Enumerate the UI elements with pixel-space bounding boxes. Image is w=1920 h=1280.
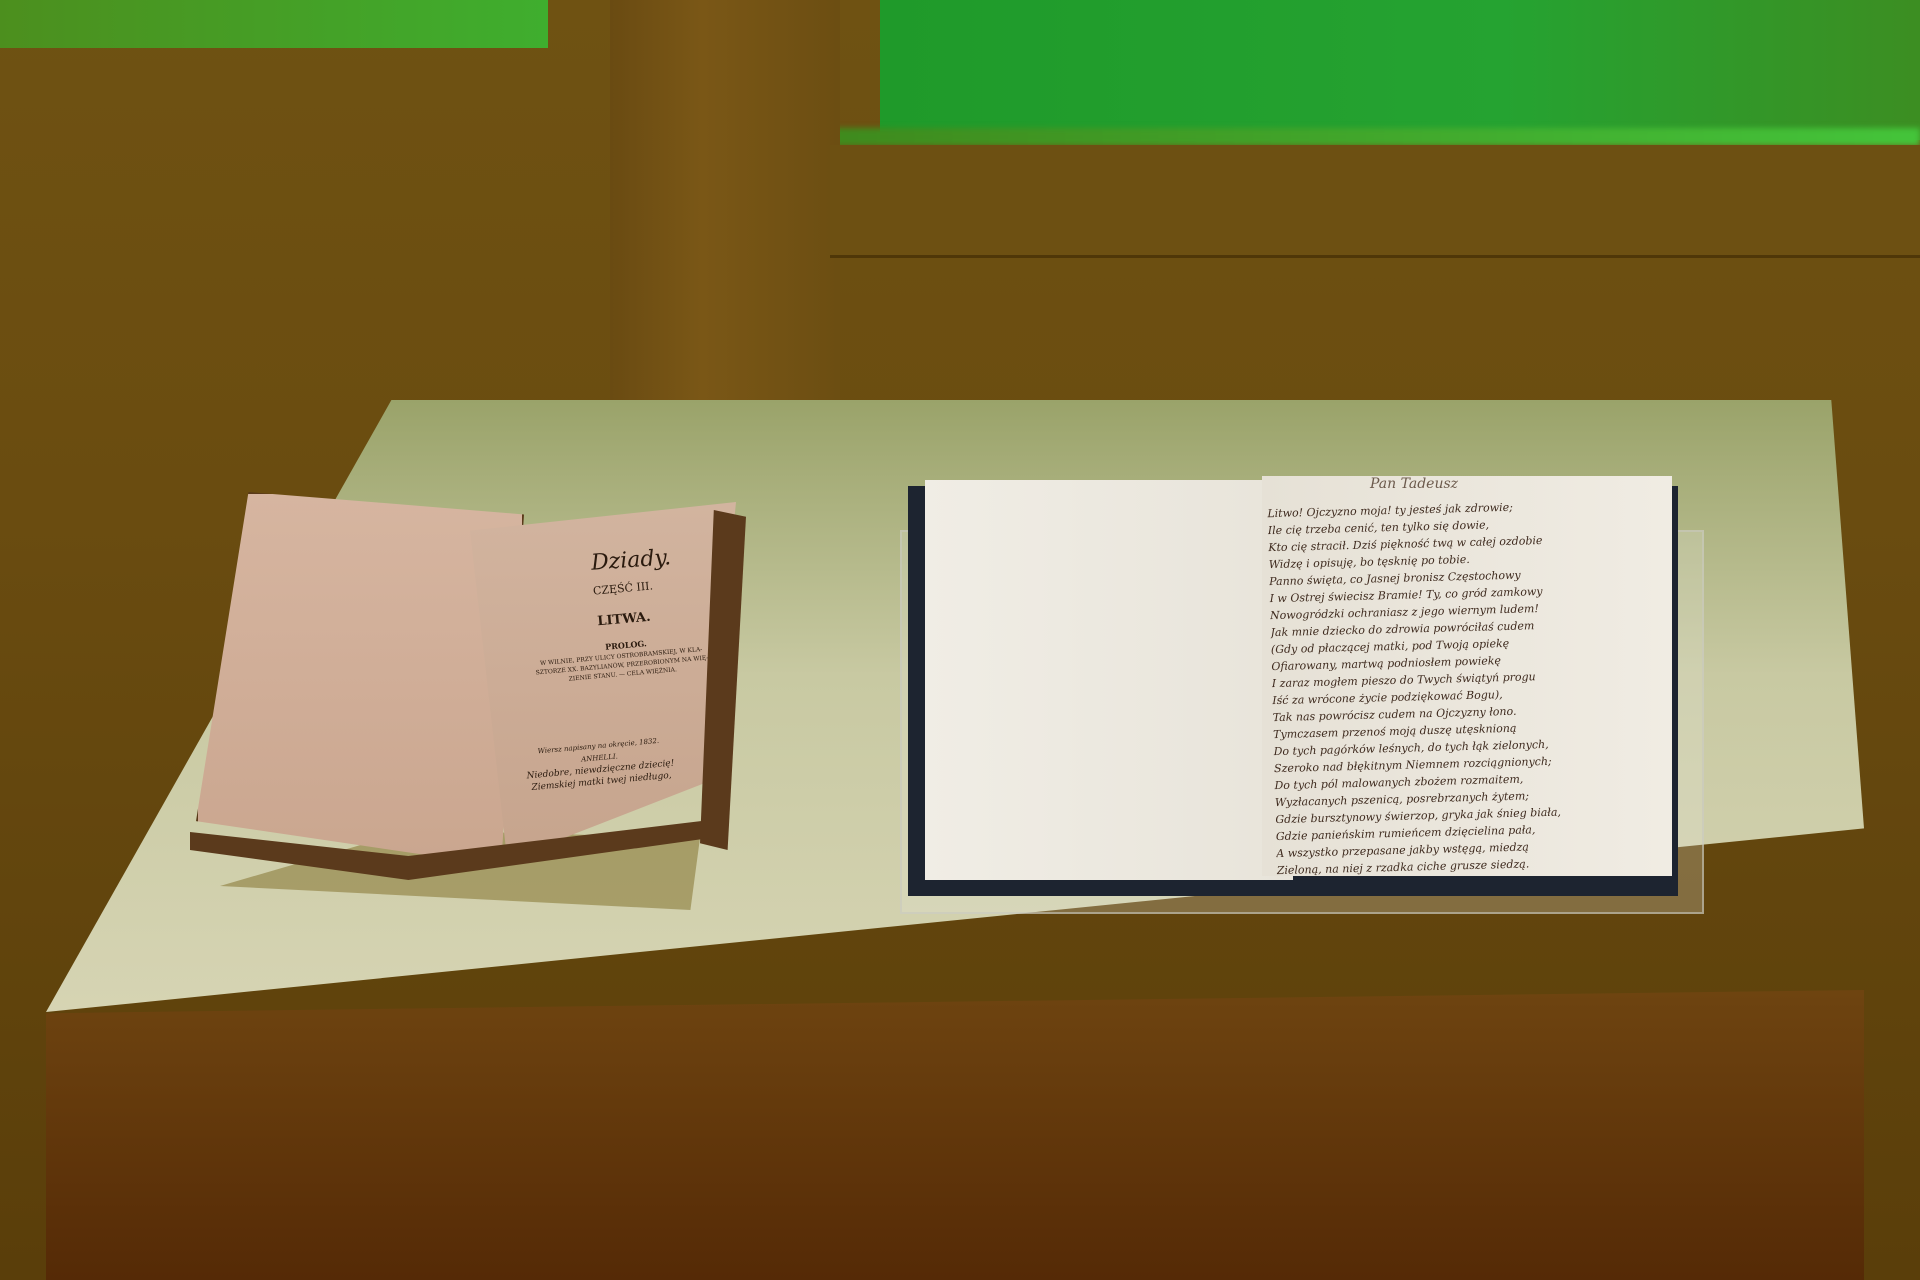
display-plinth-front [46, 990, 1864, 1280]
manuscript-handwriting: Litwo! Ojczyzno moja! ty jesteś jak zdro… [1267, 495, 1669, 879]
green-projection-right [880, 0, 1920, 140]
manuscript-title: Pan Tadeusz [1370, 476, 1458, 492]
manuscript-left-page [925, 480, 1293, 880]
green-light-strip [830, 128, 1920, 146]
wall-panel-edge [610, 0, 840, 420]
green-projection-left [0, 0, 548, 48]
wall-ledge [830, 145, 1920, 258]
